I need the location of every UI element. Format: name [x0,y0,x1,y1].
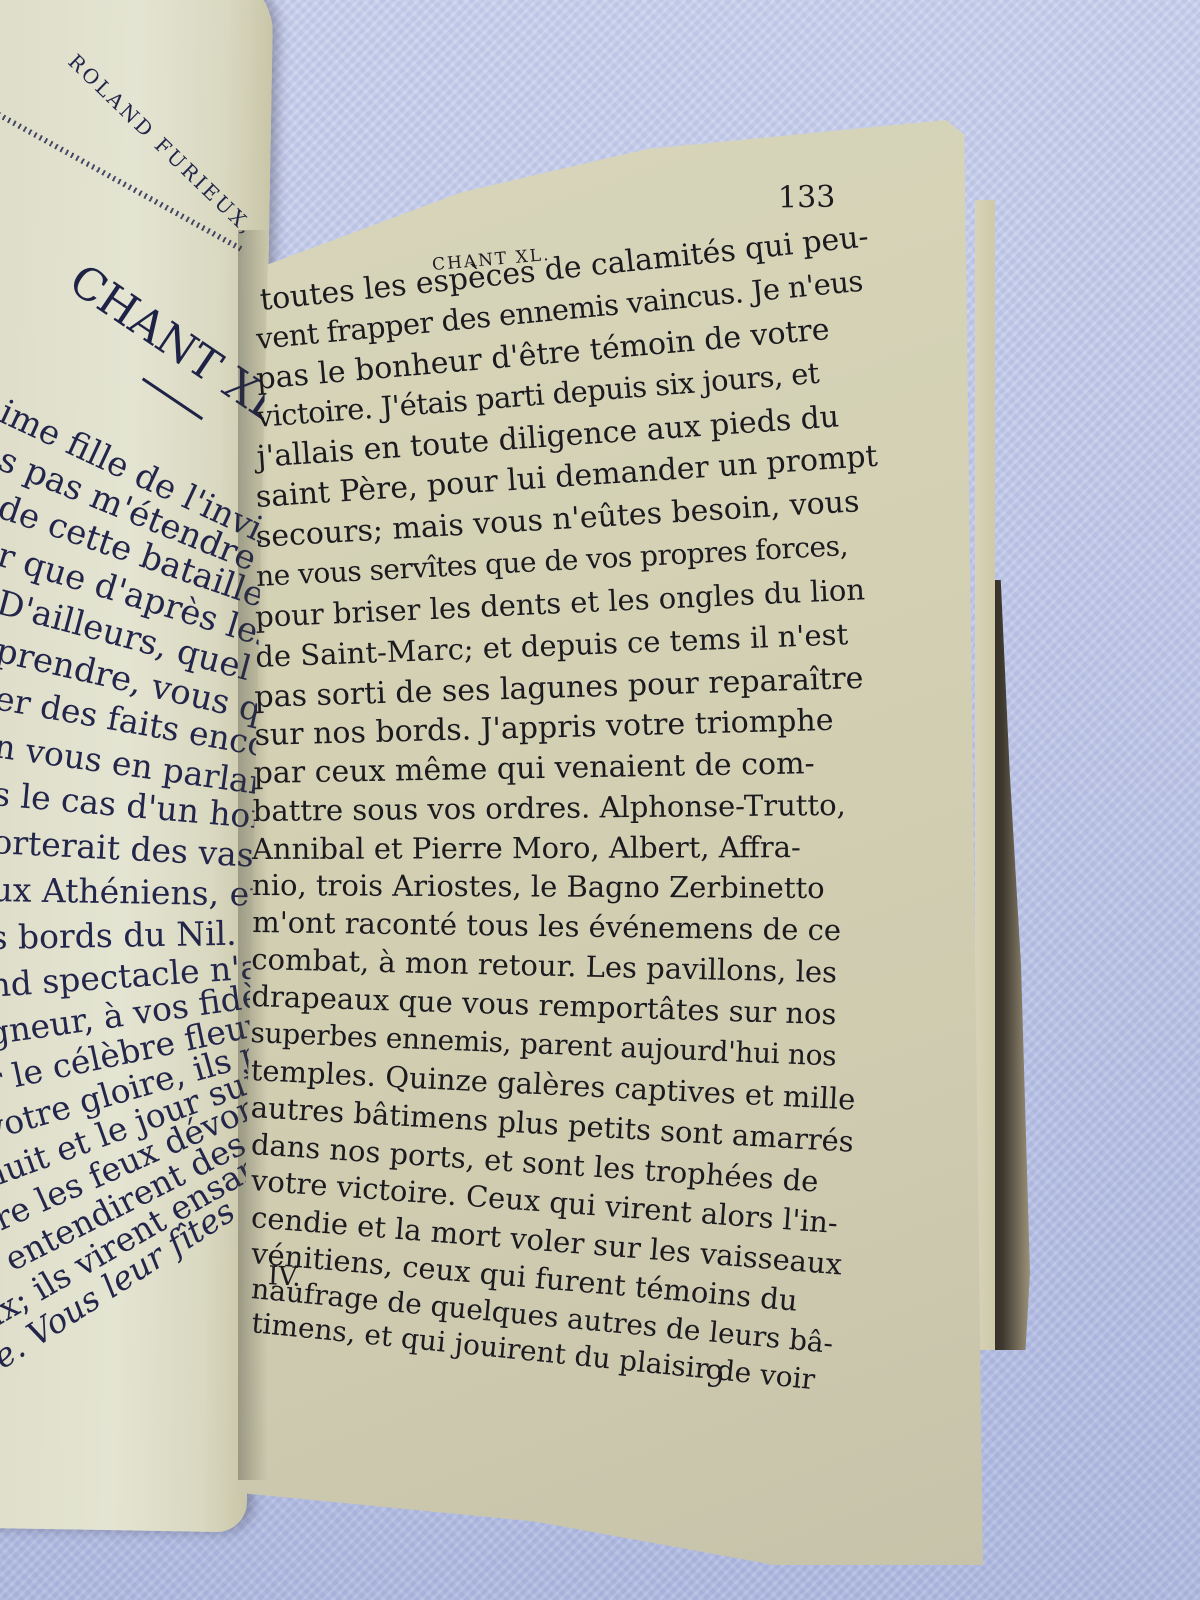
signature-number: 9 [705,1360,724,1395]
left-page-text: ime fille de l'invincible s pas m'étendr… [0,390,274,1403]
text-line: battre sous vos ordres. Alphonse-Trutto, [253,788,846,828]
page-block-edge [975,200,995,1350]
text-line: nio, trois Ariostes, le Bagno Zerbinetto [252,868,825,905]
left-running-head: ROLAND FURIEUX, [64,49,260,240]
page-number: 133 [778,180,836,216]
left-page: ROLAND FURIEUX, CHANT XL. ime fille de l… [0,0,274,1532]
signature-mark: IV. [267,1261,301,1293]
book-photo: ROLAND FURIEUX, CHANT XL. ime fille de l… [0,0,1200,1600]
text-line: Annibal et Pierre Moro, Albert, Affra- [252,830,801,866]
